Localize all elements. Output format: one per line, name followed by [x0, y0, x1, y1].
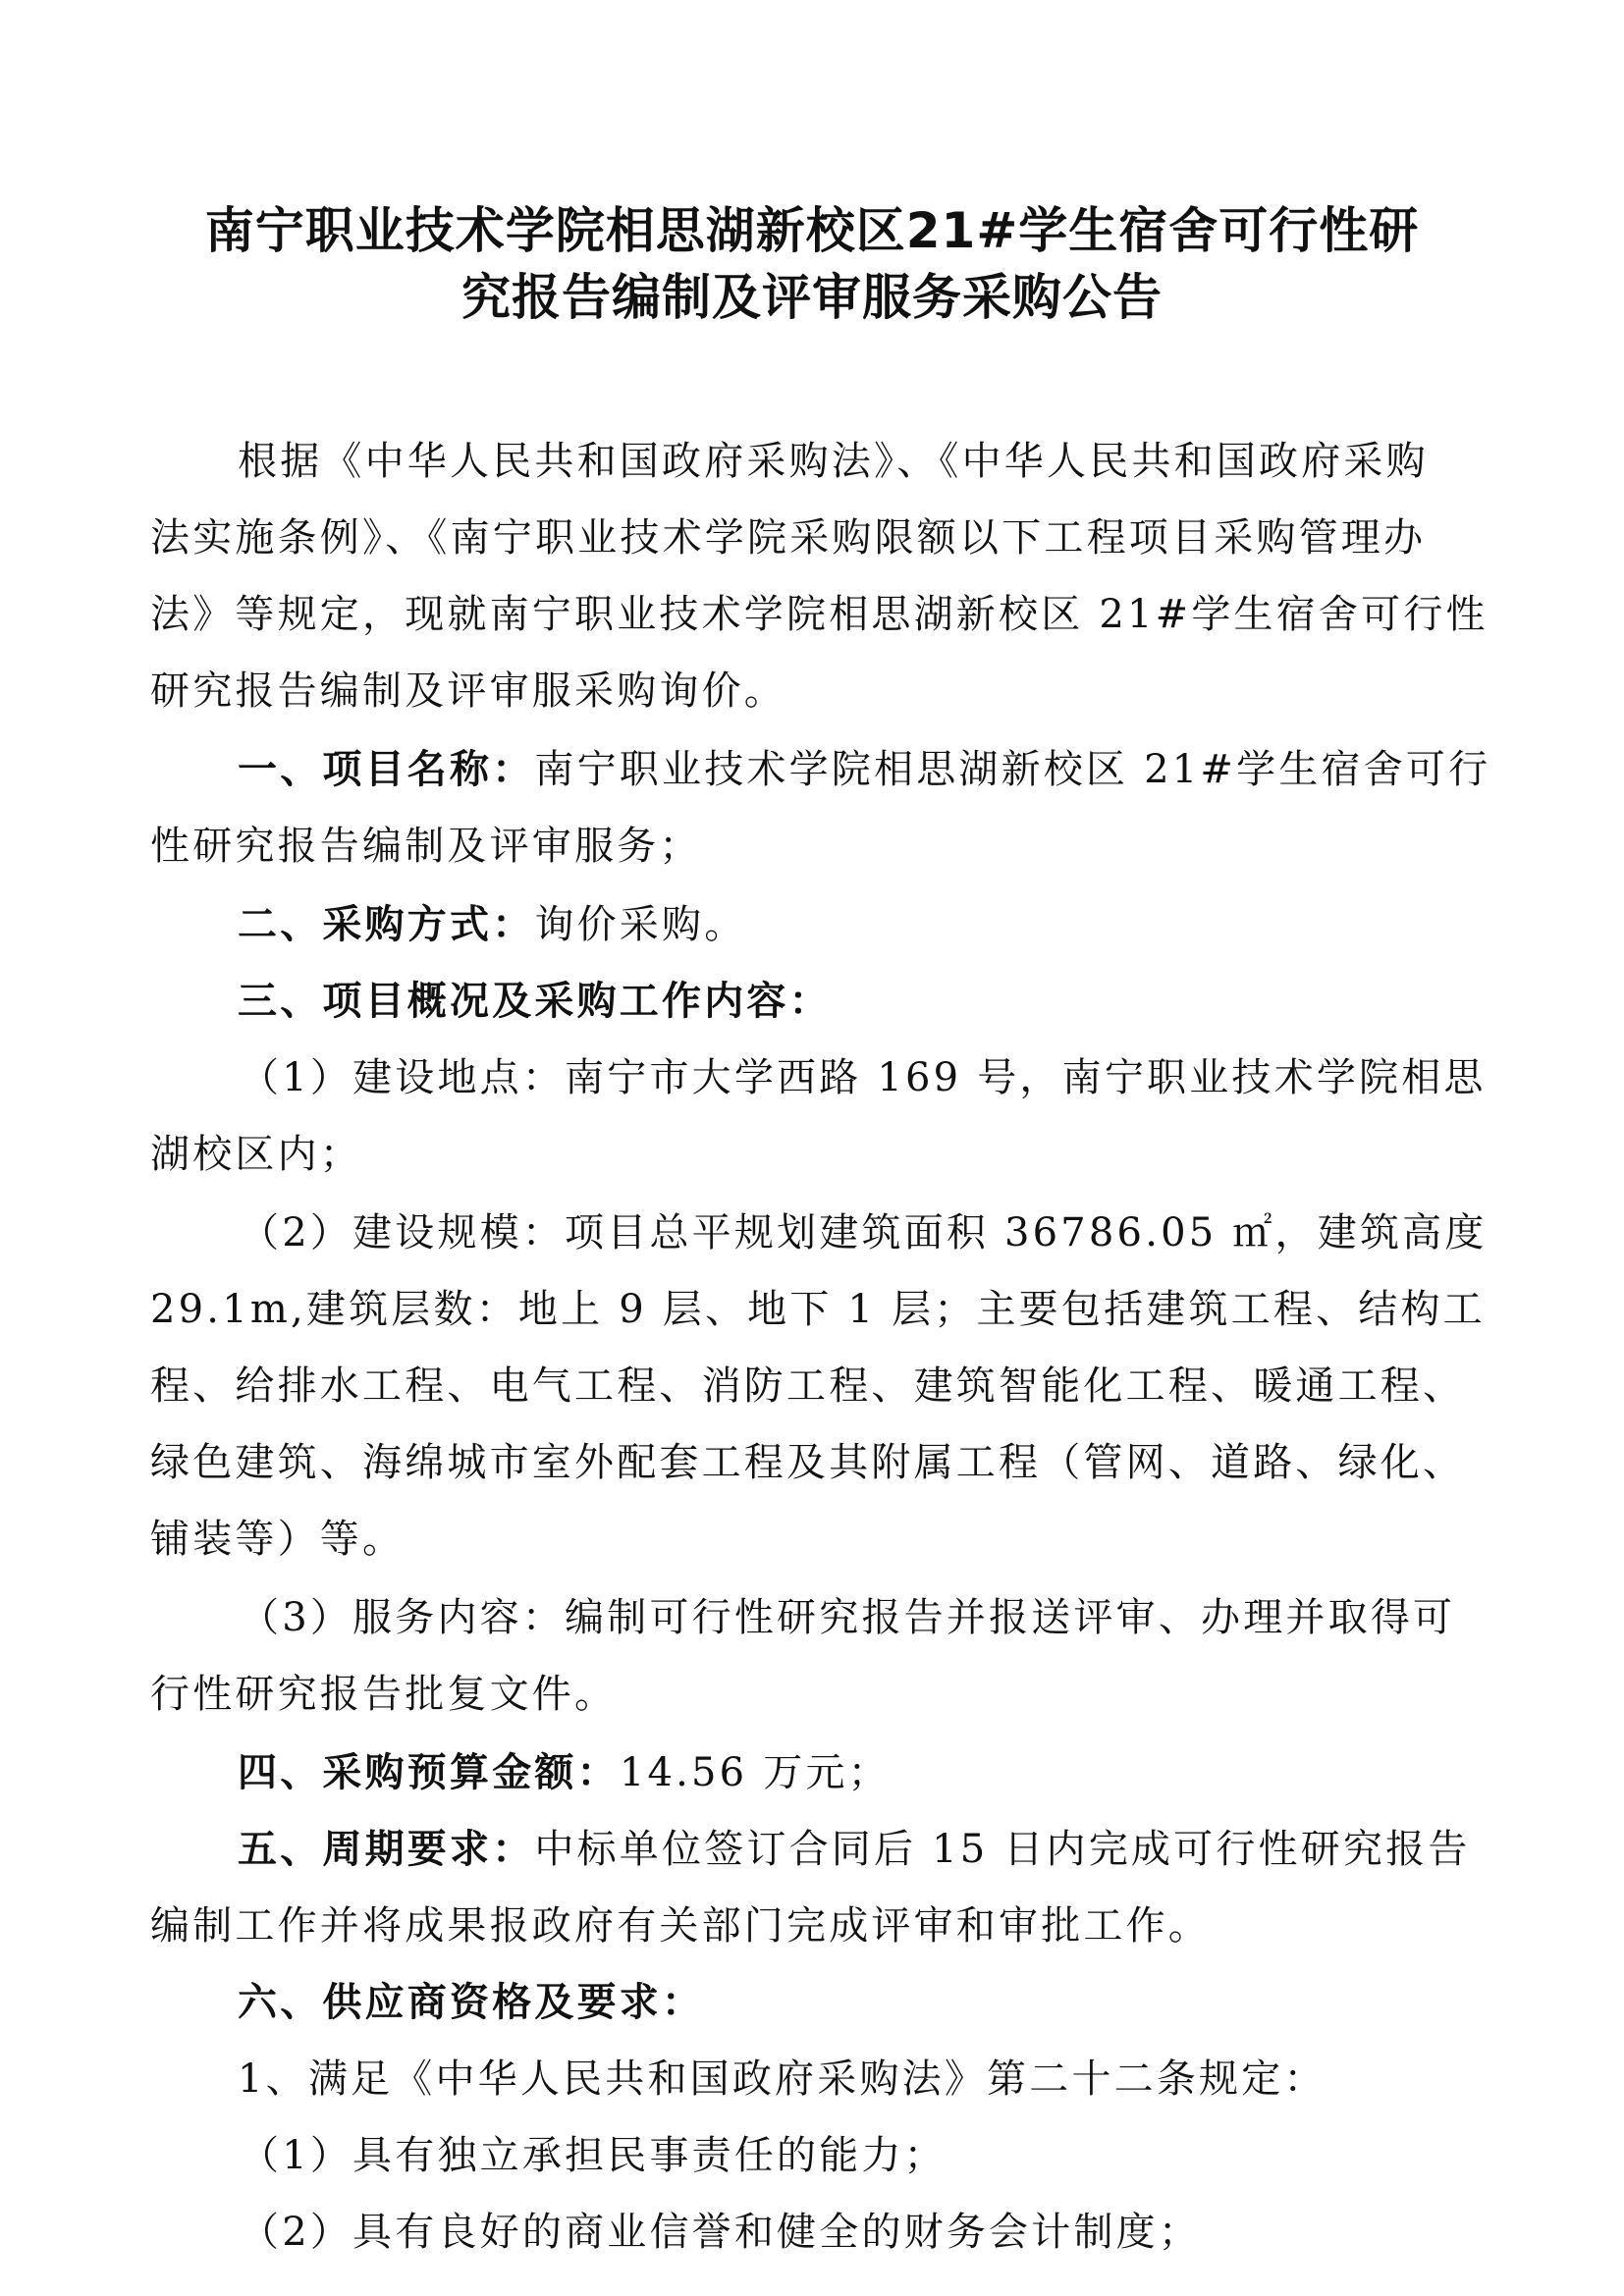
- section-2-line: 二、采购方式：询价采购。: [238, 895, 1573, 954]
- section-6-line-1: 1、满足《中华人民共和国政府采购法》第二十二条规定：: [238, 2050, 1573, 2109]
- budget-amount: 14.56 万元；: [620, 1750, 891, 1795]
- section-6-line-2: （1）具有独立承担民事责任的能力；: [240, 2126, 1575, 2185]
- intro-line-1: 根据《中华人民共和国政府采购法》、《中华人民共和国政府采购: [238, 432, 1573, 491]
- section-1-line-2: 性研究报告编制及评审服务；: [150, 817, 1486, 876]
- section-3-item-1-line-1: （1）建设地点：南宁市大学西路 169 号，南宁职业技术学院相思: [240, 1048, 1575, 1107]
- intro-line-2: 法实施条例》、《南宁职业技术学院采购限额以下工程项目采购管理办: [150, 508, 1486, 567]
- section-1-heading: 一、项目名称：: [238, 747, 534, 792]
- intro-line-4: 研究报告编制及评审服采购询价。: [150, 662, 1486, 721]
- section-4-line: 四、采购预算金额：14.56 万元；: [238, 1743, 1573, 1802]
- section-1-line-1: 一、项目名称：南宁职业技术学院相思湖新校区 21#学生宿舍可行: [238, 740, 1573, 799]
- section-3-item-2-line-2: 29.1m,建筑层数：地上 9 层、地下 1 层；主要包括建筑工程、结构工: [150, 1280, 1486, 1339]
- section-5-text: 中标单位签订合同后 15 日内完成可行性研究报告: [534, 1827, 1470, 1872]
- intro-line-3: 法》等规定，现就南宁职业技术学院相思湖新校区 21#学生宿舍可行性: [150, 585, 1486, 644]
- section-3-heading: 三、项目概况及采购工作内容：: [238, 972, 1573, 1031]
- section-3-item-1-line-2: 湖校区内；: [150, 1125, 1486, 1184]
- section-5-heading: 五、周期要求：: [238, 1827, 534, 1872]
- section-5-line-2: 编制工作并将成果报政府有关部门完成评审和审批工作。: [150, 1896, 1486, 1955]
- section-3-item-2-line-1: （2）建设规模：项目总平规划建筑面积 36786.05 ㎡，建筑高度: [240, 1203, 1575, 1262]
- section-1-text: 南宁职业技术学院相思湖新校区 21#学生宿舍可行: [534, 747, 1490, 792]
- document-title-line-1: 南宁职业技术学院相思湖新校区21#学生宿舍可行性研: [0, 196, 1624, 265]
- section-3-item-2-line-4: 绿色建筑、海绵城市室外配套工程及其附属工程（管网、道路、绿化、: [150, 1433, 1486, 1492]
- section-3-item-2-line-3: 程、给排水工程、电气工程、消防工程、建筑智能化工程、暖通工程、: [150, 1357, 1486, 1415]
- section-2-text: 询价采购。: [534, 902, 746, 947]
- section-3-item-2-line-5: 铺装等）等。: [150, 1510, 1486, 1569]
- document-title-line-2: 究报告编制及评审服务采购公告: [0, 263, 1624, 332]
- section-2-heading: 二、采购方式：: [238, 902, 534, 947]
- section-6-heading: 六、供应商资格及要求：: [238, 1973, 1573, 2032]
- section-4-heading: 四、采购预算金额：: [238, 1750, 620, 1795]
- section-3-item-3-line-1: （3）服务内容：编制可行性研究报告并报送评审、办理并取得可: [240, 1588, 1575, 1647]
- section-6-line-3: （2）具有良好的商业信誉和健全的财务会计制度；: [240, 2203, 1575, 2262]
- section-5-line-1: 五、周期要求：中标单位签订合同后 15 日内完成可行性研究报告: [238, 1820, 1573, 1879]
- section-3-item-3-line-2: 行性研究报告批复文件。: [150, 1665, 1486, 1724]
